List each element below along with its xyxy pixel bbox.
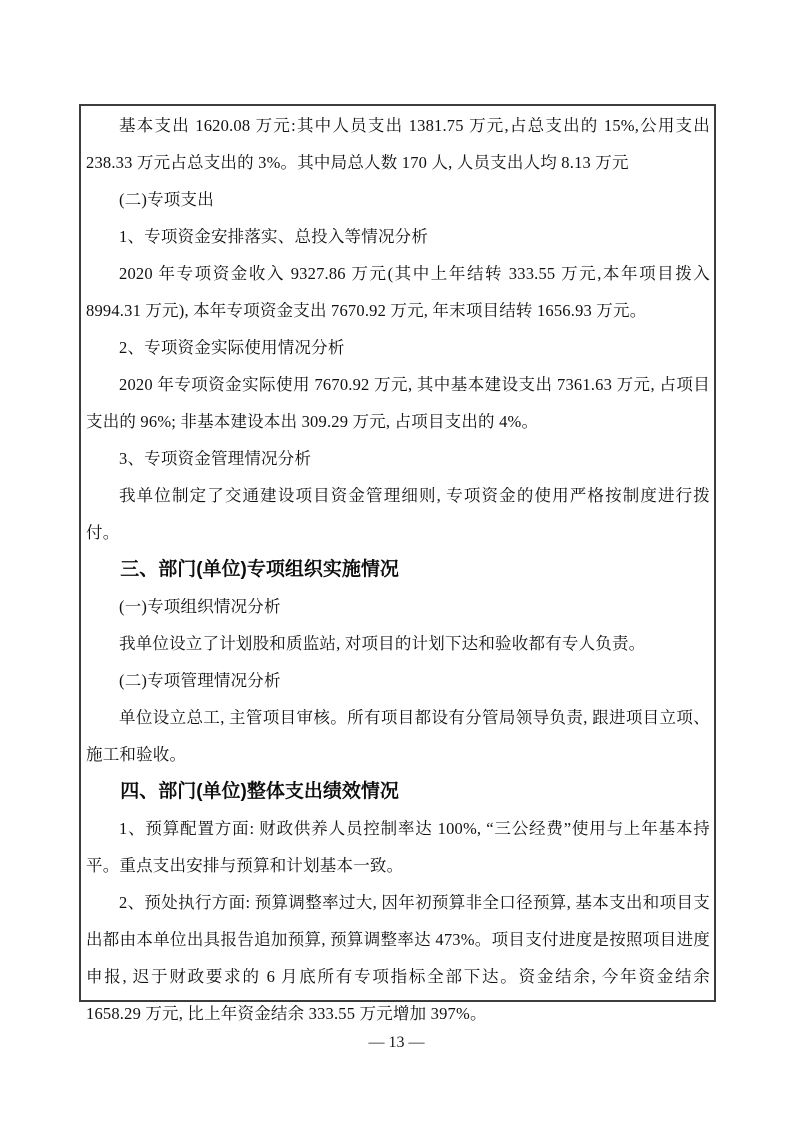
section-heading-three: 三、部门(单位)专项组织实施情况 — [86, 551, 710, 588]
paragraph-fund-income: 2020 年专项资金收入 9327.86 万元(其中上年结转 333.55 万元… — [86, 255, 710, 329]
report-page: 基本支出 1620.08 万元:其中人员支出 1381.75 万元,占总支出的 … — [0, 0, 793, 1122]
item-title-fund-arrangement: 1、专项资金安排落实、总投入等情况分析 — [86, 218, 710, 255]
paragraph-fund-management: 我单位制定了交通建设项目资金管理细则, 专项资金的使用严格按制度进行拨付。 — [86, 477, 710, 551]
paragraph-org-analysis: 我单位设立了计划股和质监站, 对项目的计划下达和验收都有专人负责。 — [86, 625, 710, 662]
paragraph-budget-execution: 2、预处执行方面: 预算调整率过大, 因年初预算非全口径预算, 基本支出和项目支… — [86, 884, 710, 1032]
paragraph-mgmt-analysis: 单位设立总工, 主管项目审核。所有项目都设有分管局领导负责, 跟进项目立项、施工… — [86, 699, 710, 773]
paragraph-fund-actual-use: 2020 年专项资金实际使用 7670.92 万元, 其中基本建设支出 7361… — [86, 366, 710, 440]
item-title-fund-actual-use: 2、专项资金实际使用情况分析 — [86, 329, 710, 366]
page-number: — 13 — — [0, 1034, 793, 1052]
subsection-title-mgmt-analysis: (二)专项管理情况分析 — [86, 662, 710, 699]
item-title-fund-management: 3、专项资金管理情况分析 — [86, 440, 710, 477]
content-border-box: 基本支出 1620.08 万元:其中人员支出 1381.75 万元,占总支出的 … — [79, 104, 716, 1002]
section-heading-four: 四、部门(单位)整体支出绩效情况 — [86, 773, 710, 810]
subsection-title-special-expend: (二)专项支出 — [86, 181, 710, 218]
subsection-title-org-analysis: (一)专项组织情况分析 — [86, 588, 710, 625]
paragraph-budget-allocation: 1、预算配置方面: 财政供养人员控制率达 100%, “三公经费”使用与上年基本… — [86, 810, 710, 884]
paragraph-basic-expenditure: 基本支出 1620.08 万元:其中人员支出 1381.75 万元,占总支出的 … — [86, 107, 710, 181]
